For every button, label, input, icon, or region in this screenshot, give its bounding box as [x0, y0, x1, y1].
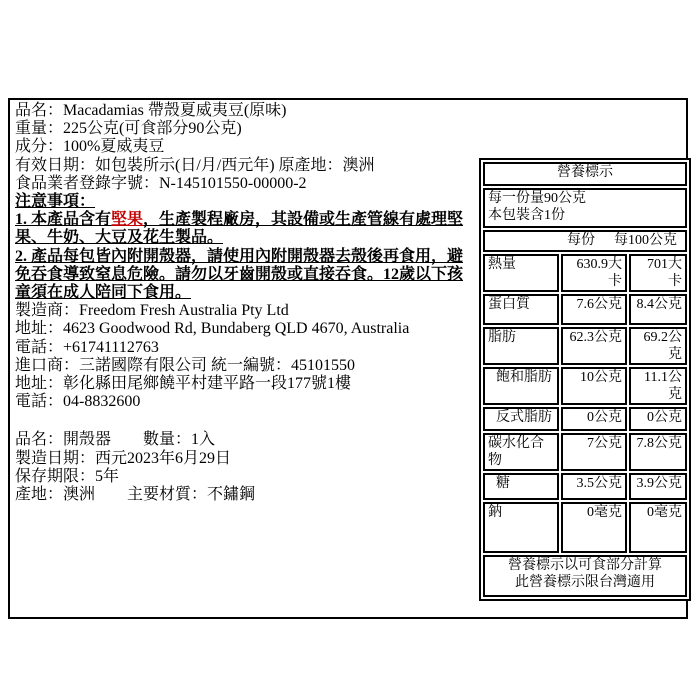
nutrition-footnote-cell: 營養標示以可食部分計算 此營養標示限台灣適用: [483, 555, 687, 597]
expiry-origin-line: 有效日期：如包裝所示(日/月/西元年) 原產地：澳洲: [15, 157, 483, 175]
nutrient-label: 蛋白質: [483, 294, 559, 325]
column-header-row: 每份每100公克: [483, 230, 687, 252]
per-serving-header: 每份: [548, 232, 614, 249]
table-row-fat: 脂肪 62.3公克 69.2公克: [483, 327, 687, 365]
manufacturer-phone-line: 電話：+61741112763: [15, 339, 483, 357]
notice-2-line-1: 2. 產品每包皆內附開殼器，請使用內附開殼器去殼後再食用，避: [15, 248, 483, 266]
nutrient-label: 脂肪: [483, 327, 559, 365]
product-label-box: 品名：Macadamias 帶殼夏威夷豆(原味) 重量：225公克(可食部分90…: [8, 98, 688, 619]
table-row-sugar: 糖 3.5公克 3.9公克: [483, 473, 687, 500]
serving-info-cell: 每一份量90公克 本包裝含1份: [483, 188, 687, 228]
opener-info-section: 品名：開殼器 數量：1入 製造日期：西元2023年6月29日 保存期限：5年 產…: [15, 431, 483, 504]
opener-mfg-date-line: 製造日期：西元2023年6月29日: [15, 450, 483, 468]
opener-origin-material-line: 產地：澳洲 主要材質：不鏽鋼: [15, 486, 483, 504]
allergen-highlight: 堅果: [111, 211, 143, 228]
nutrition-facts-table: 營養標示 每一份量90公克 本包裝含1份 每份每100公克 熱量 630.9大卡…: [479, 158, 691, 601]
serving-info-row: 每一份量90公克 本包裝含1份: [483, 188, 687, 228]
table-row-sodium: 鈉 0毫克 0毫克: [483, 502, 687, 553]
nutrient-per-100g: 8.4公克: [629, 294, 687, 325]
notice-2-line-2: 免吞食導致窒息危險。請勿以牙齒開殼或直接吞食。12歲以下孩: [15, 266, 483, 284]
nutrient-per-100g: 11.1公克: [629, 367, 687, 405]
nutrient-label: 熱量: [483, 254, 559, 292]
footnote-row: 營養標示以可食部分計算 此營養標示限台灣適用: [483, 555, 687, 597]
opener-shelf-life-line: 保存期限：5年: [15, 468, 483, 486]
manufacturer-section: 製造商：Freedom Fresh Australia Pty Ltd 地址：4…: [15, 302, 483, 411]
nutrient-per-serving: 7.6公克: [561, 294, 627, 325]
table-row-energy: 熱量 630.9大卡 701大卡: [483, 254, 687, 292]
weight-line: 重量：225公克(可食部分90公克): [15, 120, 483, 138]
nutrient-label: 鈉: [483, 502, 559, 553]
table-row-carbohydrate: 碳水化合物 7公克 7.8公克: [483, 433, 687, 471]
notice-1-prefix: 1. 本產品含有: [15, 211, 111, 228]
label-text-column: 品名：Macadamias 帶殼夏威夷豆(原味) 重量：225公克(可食部分90…: [15, 102, 483, 504]
registration-number-line: 食品業者登錄字號：N-145101550-00000-2: [15, 175, 483, 193]
nutrient-label: 反式脂肪: [483, 407, 559, 431]
nutrient-per-100g: 0公克: [629, 407, 687, 431]
notice-2-line-3: 童須在成人陪同下食用。: [15, 284, 483, 302]
manufacturer-address-line: 地址：4623 Goodwood Rd, Bundaberg QLD 4670,…: [15, 320, 483, 338]
product-name-line: 品名：Macadamias 帶殼夏威夷豆(原味): [15, 102, 483, 120]
nutrition-title-row: 營養標示: [483, 162, 687, 186]
importer-address-line: 地址：彰化縣田尾鄉饒平村建平路一段177號1樓: [15, 375, 483, 393]
nutrient-label: 碳水化合物: [483, 433, 559, 471]
footnote-line-2: 此營養標示限台灣適用: [488, 574, 682, 591]
notice-section: 注意事項： 1. 本產品含有堅果，生產製程廠房，其設備或生產管線有處理堅 果、牛…: [15, 193, 483, 302]
nutrient-per-serving: 62.3公克: [561, 327, 627, 365]
nutrient-label: 糖: [483, 473, 559, 500]
manufacturer-line: 製造商：Freedom Fresh Australia Pty Ltd: [15, 302, 483, 320]
footnote-line-1: 營養標示以可食部分計算: [488, 557, 682, 574]
table-row-protein: 蛋白質 7.6公克 8.4公克: [483, 294, 687, 325]
nutrition-title: 營養標示: [483, 162, 687, 186]
ingredients-line: 成分：100%夏威夷豆: [15, 138, 483, 156]
table-row-saturated-fat: 飽和脂肪 10公克 11.1公克: [483, 367, 687, 405]
nutrient-per-serving: 10公克: [561, 367, 627, 405]
nutrient-per-serving: 7公克: [561, 433, 627, 471]
product1-info-section: 品名：Macadamias 帶殼夏威夷豆(原味) 重量：225公克(可食部分90…: [15, 102, 483, 193]
serving-size-text: 每一份量90公克: [488, 190, 682, 207]
importer-line: 進口商：三諾國際有限公司 統一編號：45101550: [15, 357, 483, 375]
opener-name-qty-line: 品名：開殼器 數量：1入: [15, 431, 483, 449]
label-scan: 品名：Macadamias 帶殼夏威夷豆(原味) 重量：225公克(可食部分90…: [0, 0, 700, 700]
nutrient-label: 飽和脂肪: [483, 367, 559, 405]
nutrient-per-100g: 0毫克: [629, 502, 687, 553]
nutrient-per-serving: 630.9大卡: [561, 254, 627, 292]
column-headers-cell: 每份每100公克: [483, 230, 687, 252]
notice-1-suffix: ，生產製程廠房，其設備或生產管線有處理堅: [143, 211, 463, 228]
nutrient-per-100g: 69.2公克: [629, 327, 687, 365]
notice-1-line-2: 果、牛奶、大豆及花生製品。: [15, 229, 483, 247]
importer-phone-line: 電話：04-8832600: [15, 393, 483, 411]
nutrient-per-serving: 3.5公克: [561, 473, 627, 500]
table-row-trans-fat: 反式脂肪 0公克 0公克: [483, 407, 687, 431]
nutrient-per-100g: 7.8公克: [629, 433, 687, 471]
per-100g-header: 每100公克: [614, 232, 674, 249]
nutrient-per-100g: 701大卡: [629, 254, 687, 292]
nutrient-per-serving: 0公克: [561, 407, 627, 431]
servings-per-pack-text: 本包裝含1份: [488, 207, 682, 224]
notice-heading: 注意事項：: [15, 193, 483, 211]
notice-1-line-1: 1. 本產品含有堅果，生產製程廠房，其設備或生產管線有處理堅: [15, 211, 483, 229]
nutrient-per-serving: 0毫克: [561, 502, 627, 553]
nutrient-per-100g: 3.9公克: [629, 473, 687, 500]
